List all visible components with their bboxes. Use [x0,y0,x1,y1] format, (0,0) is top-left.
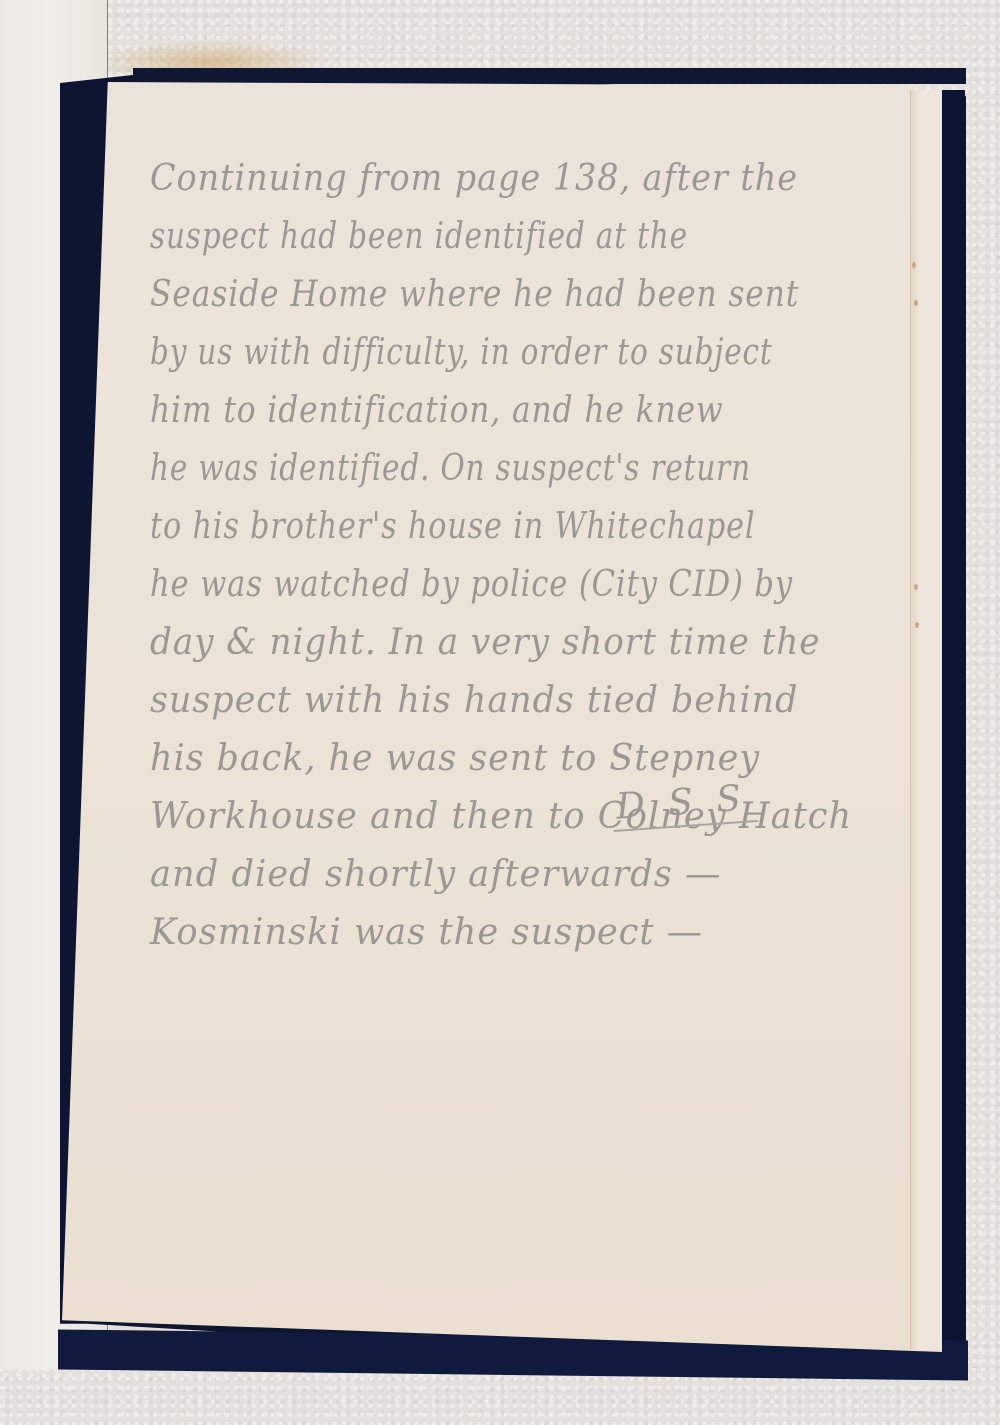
note-line-5: him to identification, and he knew [150,382,829,440]
note-line-4: by us with difficulty, in order to subje… [150,324,790,382]
note-line-14: Kosminski was the suspect — [150,904,914,962]
note-line-10: suspect with his hands tied behind [150,672,907,730]
note-line-13: and died shortly afterwards — [150,846,914,904]
note-line-11: his back, he was sent to Stepney [150,730,907,788]
note-line-8: he was watched by police (City CID) by [150,556,813,614]
note-line-3: Seaside Home where he had been sent [150,266,829,324]
note-line-6: he was identified. On suspect's return [150,440,790,498]
note-line-9: day & night. In a very short time the [150,614,891,672]
note-line-1: Continuing from page 138, after the [150,150,875,208]
note-line-12: Workhouse and then to Colney Hatch [150,788,914,846]
handwritten-note: Continuing from page 138, after the susp… [150,150,930,962]
note-line-7: to his brother's house in Whitechapel [150,498,805,556]
book-cover-top-edge [133,68,966,84]
note-line-2: suspect had been identified at the [150,208,790,266]
photo-scene: Continuing from page 138, after the susp… [0,0,1000,1425]
